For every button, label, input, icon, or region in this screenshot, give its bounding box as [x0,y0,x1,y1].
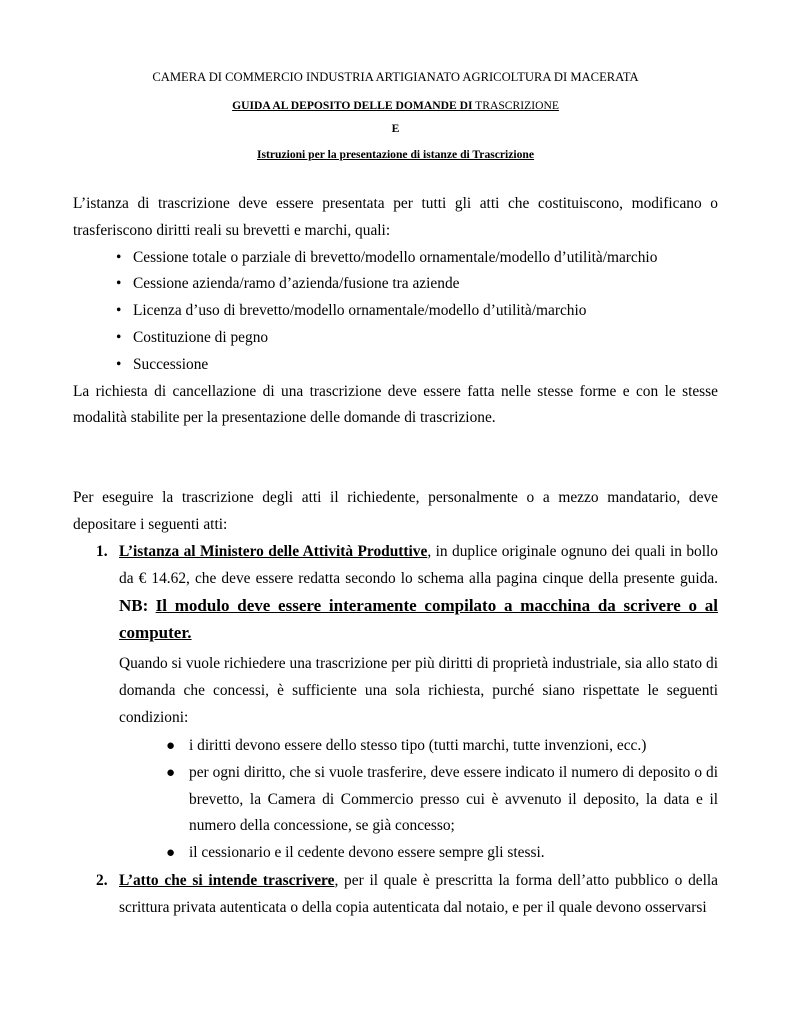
conditions-section: ●i diritti devono essere dello stesso ti… [119,733,718,867]
step-1-body: L’istanza al Ministero delle Attività Pr… [119,539,718,648]
step-1-heading: L’istanza al Ministero delle Attività Pr… [119,543,427,560]
procedure-line-2: depositare i seguenti atti: [73,512,718,539]
intro-section: L’istanza di trascrizione deve essere pr… [73,191,718,432]
list-item: •Cessione totale o parziale di brevetto/… [73,245,718,272]
list-item: ●i diritti devono essere dello stesso ti… [119,733,718,760]
bullet-icon: • [116,298,121,325]
transaction-types-list: •Cessione totale o parziale di brevetto/… [73,245,718,379]
step-2-heading: L’atto che si intende trascrivere [119,872,334,889]
intro-line-2: trasferiscono diritti reali su brevetti … [73,218,718,245]
list-item: ●il cessionario e il cedente devono esse… [119,840,718,867]
procedure-line-1: Per eseguire la trascrizione degli atti … [73,485,718,512]
cancellation-line-1: La richiesta di cancellazione di una tra… [73,379,718,406]
institution-heading: CAMERA DI COMMERCIO INDUSTRIA ARTIGIANAT… [0,70,791,85]
list-item: •Licenza d’uso di brevetto/modello ornam… [73,298,718,325]
bullet-icon: • [116,352,121,379]
list-item: •Costituzione di pegno [73,325,718,352]
step-2-body: L’atto che si intende trascrivere, per i… [119,868,718,922]
step-1-paragraph: Quando si vuole richiedere una trascrizi… [119,651,718,731]
nb-label: NB: [119,596,148,615]
guide-title-normal: TRASCRIZIONE [472,99,558,112]
guide-title-bold: GUIDA AL DEPOSITO DELLE DOMANDE DI [232,99,472,112]
subtitle: Istruzioni per la presentazione di istan… [0,148,791,161]
cancellation-line-2: modalità stabilite per la presentazione … [73,405,718,432]
step-2: 2. L’atto che si intende trascrivere, pe… [96,868,718,922]
step-number: 2. [96,868,108,895]
procedure-intro: Per eseguire la trascrizione degli atti … [73,485,718,539]
bullet-icon: ● [166,733,175,760]
bullet-icon: ● [166,760,175,787]
conjunction: E [0,122,791,135]
step-1: 1. L’istanza al Ministero delle Attività… [96,539,718,648]
step-number: 1. [96,539,108,566]
list-item: •Successione [73,352,718,379]
bullet-icon: • [116,245,121,272]
bullet-icon: ● [166,840,175,867]
conditions-list: ●i diritti devono essere dello stesso ti… [119,733,718,867]
list-item: ●per ogni diritto, che si vuole trasferi… [119,760,718,840]
list-item: •Cessione azienda/ramo d’azienda/fusione… [73,271,718,298]
bullet-icon: • [116,271,121,298]
guide-title: GUIDA AL DEPOSITO DELLE DOMANDE DI TRASC… [0,99,791,112]
document-page: CAMERA DI COMMERCIO INDUSTRIA ARTIGIANAT… [0,0,791,1024]
intro-line-1: L’istanza di trascrizione deve essere pr… [73,191,718,218]
nb-text: Il modulo deve essere interamente compil… [119,596,718,643]
bullet-icon: • [116,325,121,352]
